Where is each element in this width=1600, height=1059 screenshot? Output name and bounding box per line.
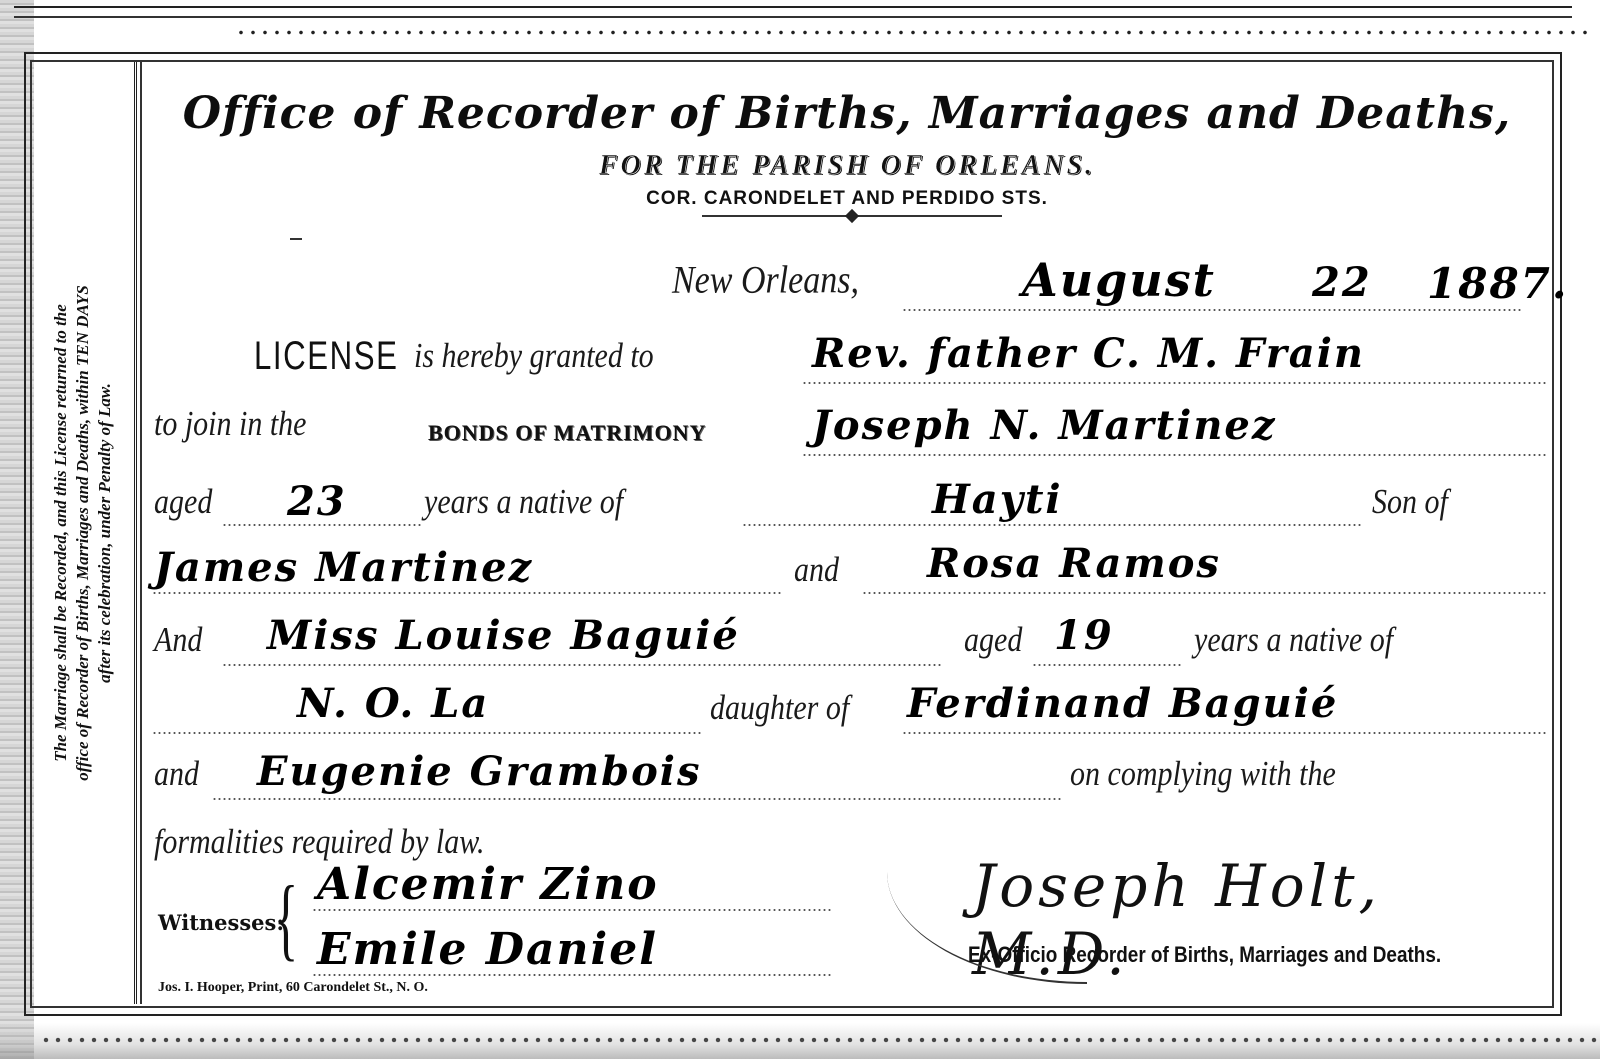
license-form: Office of Recorder of Births, Marriages … xyxy=(140,62,1552,1004)
parish-subtitle: FOR THE PARISH OF ORLEANS. xyxy=(142,150,1552,182)
day-value: 22 xyxy=(1312,259,1372,306)
bride-father-value: Ferdinand Baguié xyxy=(907,680,1338,727)
ornamental-rule xyxy=(702,215,1002,221)
previous-document-border xyxy=(14,6,1572,18)
scan-shadow-bottom xyxy=(0,1023,1600,1059)
groom-birthplace-value: Hayti xyxy=(932,476,1063,523)
bride-aged-label: aged xyxy=(964,621,1022,660)
son-of-label: Son of xyxy=(1372,483,1448,522)
license-line: LICENSE is hereby granted to Rev. father… xyxy=(142,340,1552,400)
bride-native-of-label: years a native of xyxy=(1194,621,1393,660)
bride-dotted-rule xyxy=(222,664,942,666)
place-label: New Orleans, xyxy=(672,259,859,303)
bride-age-value: 19 xyxy=(1054,612,1114,659)
groom-age-line: aged 23 years a native of Hayti Son of xyxy=(142,482,1552,542)
bride-mother-value: Eugenie Grambois xyxy=(257,748,701,795)
father-dotted-rule xyxy=(152,592,782,594)
bride-age-dotted-rule xyxy=(1032,664,1182,666)
month-value: August xyxy=(1022,253,1216,307)
license-label: LICENSE xyxy=(254,334,398,379)
birthplace-dotted-rule xyxy=(742,524,1362,526)
native-of-label: years a native of xyxy=(424,483,623,522)
bride-mother-dotted-rule xyxy=(212,798,1062,800)
groom-mother-value: Rosa Ramos xyxy=(927,540,1221,587)
daughter-of-label: daughter of xyxy=(710,689,849,728)
office-title: Office of Recorder of Births, Marriages … xyxy=(142,88,1552,139)
bride-line: And Miss Louise Baguié aged 19 years a n… xyxy=(142,622,1552,682)
complying-label: on complying with the xyxy=(1070,755,1336,794)
join-text: to join in the xyxy=(154,405,307,444)
bride-birthplace-value: N. O. La xyxy=(297,680,489,727)
bride-father-dotted-rule xyxy=(902,732,1547,734)
groom-name-value: Joseph N. Martinez xyxy=(812,402,1277,449)
and-mother-label: and xyxy=(154,755,199,794)
bride-birthplace-dotted-rule xyxy=(152,732,702,734)
recorder-title: Ex-Officio Recorder of Births, Marriages… xyxy=(968,942,1441,968)
officiant-dotted-rule xyxy=(802,382,1547,384)
officiant-value: Rev. father C. M. Frain xyxy=(812,330,1365,377)
dash-mark xyxy=(290,238,302,240)
office-address: COR. CARONDELET AND PERDIDO STS. xyxy=(142,188,1552,210)
side-notice-line-1: The Marriage shall be Recorded, and this… xyxy=(50,103,72,963)
groom-parents-line: James Martinez and Rosa Ramos xyxy=(142,550,1552,610)
bride-origin-line: N. O. La daughter of Ferdinand Baguié xyxy=(142,690,1552,750)
bonds-of-matrimony-label: BONDS OF MATRIMONY xyxy=(428,420,706,446)
mother-dotted-rule xyxy=(862,592,1547,594)
formalities-text: formalities required by law. xyxy=(154,823,485,862)
side-notice-text: The Marriage shall be Recorded, and this… xyxy=(50,103,116,963)
date-line: New Orleans, August 22 1887. xyxy=(142,267,1552,327)
side-notice-line-2: office of Recorder of Births, Marriages … xyxy=(72,103,94,963)
year-value: 1887. xyxy=(1427,259,1569,308)
and-label: and xyxy=(794,551,839,590)
printer-credit: Jos. I. Hooper, Print, 60 Carondelet St.… xyxy=(158,980,428,996)
groom-age-value: 23 xyxy=(287,478,347,525)
bonds-line: to join in the BONDS OF MATRIMONY Joseph… xyxy=(142,412,1552,472)
side-notice-line-3: after its celebration, under Penalty of … xyxy=(94,103,116,963)
groom-dotted-rule xyxy=(802,454,1547,456)
granted-to-text: is hereby granted to xyxy=(414,337,654,376)
witness-2-value: Emile Daniel xyxy=(317,924,658,975)
and-bride-label: And xyxy=(154,621,202,660)
date-dotted-rule xyxy=(902,309,1522,311)
groom-father-value: James Martinez xyxy=(154,544,533,591)
perforation-top xyxy=(235,30,1592,35)
witness-1-value: Alcemir Zino xyxy=(317,859,659,910)
bride-mother-line: and Eugenie Grambois on complying with t… xyxy=(142,756,1552,816)
aged-label: aged xyxy=(154,483,212,522)
bride-name-value: Miss Louise Baguié xyxy=(267,612,740,659)
side-notice-panel: The Marriage shall be Recorded, and this… xyxy=(32,62,137,1004)
